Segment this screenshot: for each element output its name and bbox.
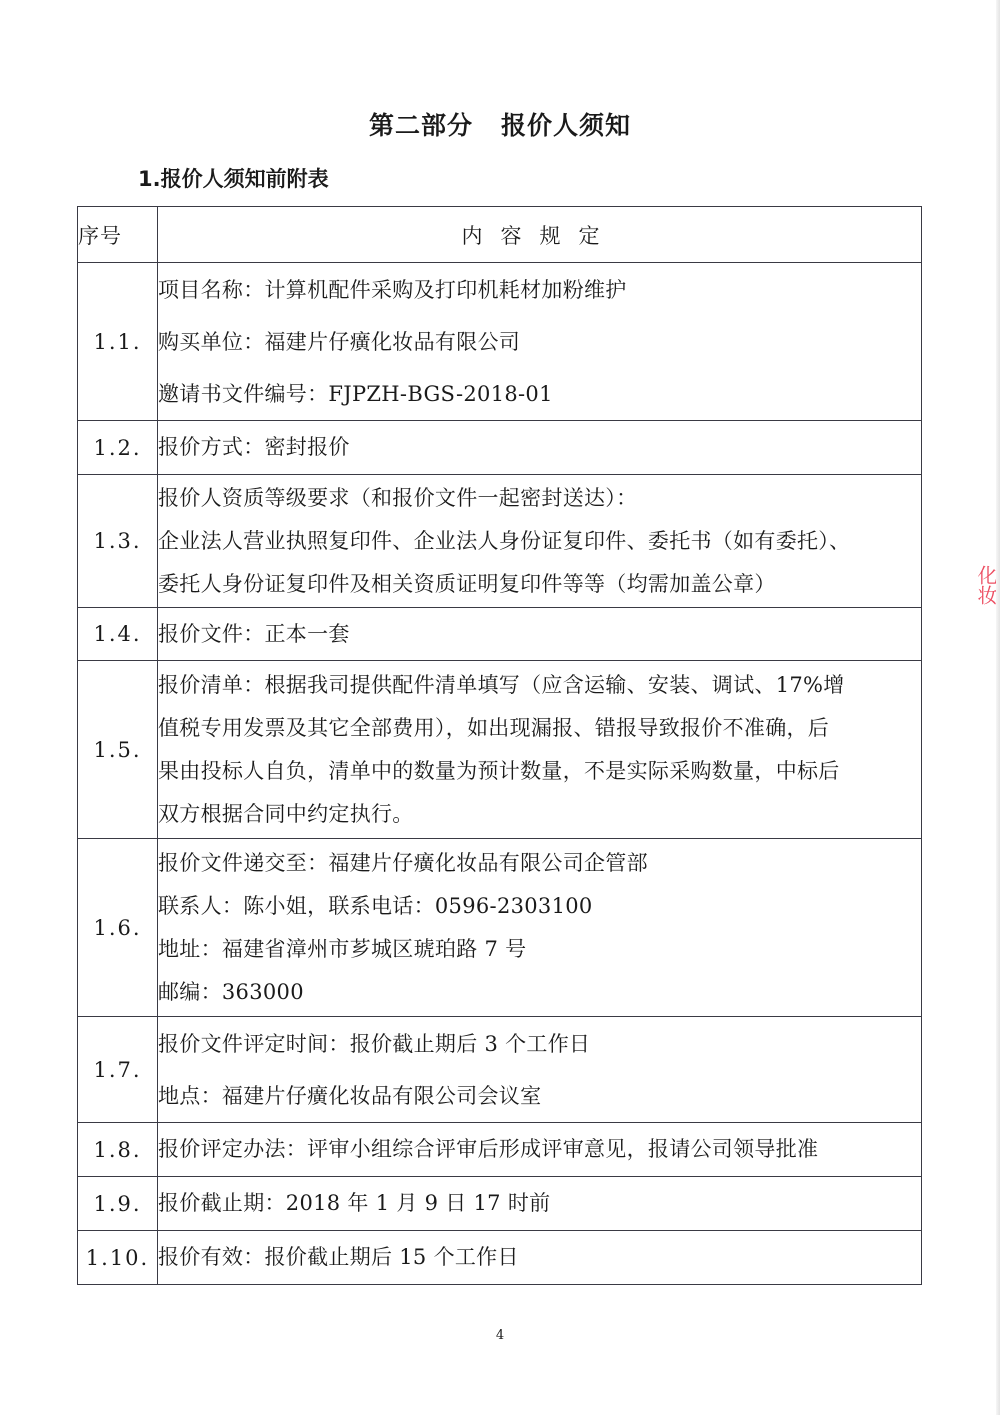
table-header-row: 序号 内容规定	[78, 207, 922, 263]
row-content: 报价人资质等级要求（和报价文件一起密封送达）： 企业法人营业执照复印件、企业法人…	[158, 475, 922, 608]
row-content: 报价有效：报价截止期后 15 个工作日	[158, 1231, 922, 1285]
table-row: 1.7. 报价文件评定时间：报价截止期后 3 个工作日 地点：福建片仔癀化妆品有…	[78, 1017, 922, 1123]
row-line: 报价人资质等级要求（和报价文件一起密封送达）：	[158, 477, 921, 520]
table-row: 1.1. 项目名称：计算机配件采购及打印机耗材加粉维护 购买单位：福建片仔癀化妆…	[78, 263, 922, 421]
row-number: 1.2.	[78, 421, 158, 475]
row-line: 地点：福建片仔癀化妆品有限公司会议室	[158, 1070, 921, 1122]
row-line: 委托人身份证复印件及相关资质证明复印件等等（均需加盖公章）	[158, 563, 921, 606]
row-line: 邮编：363000	[158, 971, 921, 1014]
row-line: 项目名称：计算机配件采购及打印机耗材加粉维护	[158, 264, 921, 316]
table-row: 1.9. 报价截止期：2018 年 1 月 9 日 17 时前	[78, 1177, 922, 1231]
row-number: 1.4.	[78, 608, 158, 661]
row-content: 报价文件评定时间：报价截止期后 3 个工作日 地点：福建片仔癀化妆品有限公司会议…	[158, 1017, 922, 1123]
row-content: 报价截止期：2018 年 1 月 9 日 17 时前	[158, 1177, 922, 1231]
row-content: 报价文件递交至：福建片仔癀化妆品有限公司企管部 联系人：陈小姐，联系电话：059…	[158, 839, 922, 1017]
row-content: 报价文件：正本一套	[158, 608, 922, 661]
row-line: 购买单位：福建片仔癀化妆品有限公司	[158, 316, 921, 368]
row-line: 双方根据合同中约定执行。	[158, 793, 921, 836]
row-content: 报价评定办法：评审小组综合评审后形成评审意见，报请公司领导批准	[158, 1123, 922, 1177]
table-row: 1.8. 报价评定办法：评审小组综合评审后形成评审意见，报请公司领导批准	[78, 1123, 922, 1177]
row-number: 1.6.	[78, 839, 158, 1017]
row-line: 报价方式：密封报价	[158, 426, 921, 469]
table-row: 1.2. 报价方式：密封报价	[78, 421, 922, 475]
row-line: 地址：福建省漳州市芗城区琥珀路 7 号	[158, 928, 921, 971]
page-edge-shadow	[996, 0, 1000, 1415]
row-line: 报价评定办法：评审小组综合评审后形成评审意见，报请公司领导批准	[158, 1128, 921, 1171]
red-seal-stamp: 化妆	[972, 565, 998, 637]
page-title-name: 报价人须知	[501, 111, 631, 140]
row-line: 企业法人营业执照复印件、企业法人身份证复印件、委托书（如有委托）、	[158, 520, 921, 563]
row-line: 报价文件递交至：福建片仔癀化妆品有限公司企管部	[158, 842, 921, 885]
row-number: 1.5.	[78, 661, 158, 839]
table-row: 1.4. 报价文件：正本一套	[78, 608, 922, 661]
row-line: 果由投标人自负，清单中的数量为预计数量，不是实际采购数量，中标后	[158, 750, 921, 793]
row-number: 1.1.	[78, 263, 158, 421]
row-line: 报价截止期：2018 年 1 月 9 日 17 时前	[158, 1182, 921, 1225]
row-line: 报价清单：根据我司提供配件清单填写（应含运输、安装、调试、17%增	[158, 664, 921, 707]
page-number: 4	[0, 1328, 1000, 1343]
row-line: 报价文件评定时间：报价截止期后 3 个工作日	[158, 1018, 921, 1070]
header-no: 序号	[78, 207, 158, 263]
row-content: 报价方式：密封报价	[158, 421, 922, 475]
row-line: 邀请书文件编号：FJPZH-BGS-2018-01	[158, 368, 921, 420]
page-title-part: 第二部分	[369, 111, 473, 140]
row-line: 联系人：陈小姐，联系电话：0596-2303100	[158, 885, 921, 928]
section-title: 1.报价人须知前附表	[138, 163, 329, 193]
table-row: 1.10. 报价有效：报价截止期后 15 个工作日	[78, 1231, 922, 1285]
row-number: 1.3.	[78, 475, 158, 608]
notice-appendix-table: 序号 内容规定 1.1. 项目名称：计算机配件采购及打印机耗材加粉维护 购买单位…	[77, 206, 922, 1285]
row-content: 项目名称：计算机配件采购及打印机耗材加粉维护 购买单位：福建片仔癀化妆品有限公司…	[158, 263, 922, 421]
table-row: 1.3. 报价人资质等级要求（和报价文件一起密封送达）： 企业法人营业执照复印件…	[78, 475, 922, 608]
header-content: 内容规定	[158, 207, 922, 263]
row-number: 1.10.	[78, 1231, 158, 1285]
row-number: 1.8.	[78, 1123, 158, 1177]
page-title: 第二部分报价人须知	[0, 106, 1000, 142]
row-line: 报价有效：报价截止期后 15 个工作日	[158, 1236, 921, 1279]
row-number: 1.9.	[78, 1177, 158, 1231]
row-line: 报价文件：正本一套	[158, 613, 921, 656]
row-number: 1.7.	[78, 1017, 158, 1123]
row-content: 报价清单：根据我司提供配件清单填写（应含运输、安装、调试、17%增 值税专用发票…	[158, 661, 922, 839]
row-line: 值税专用发票及其它全部费用），如出现漏报、错报导致报价不准确，后	[158, 707, 921, 750]
table-row: 1.5. 报价清单：根据我司提供配件清单填写（应含运输、安装、调试、17%增 值…	[78, 661, 922, 839]
table-row: 1.6. 报价文件递交至：福建片仔癀化妆品有限公司企管部 联系人：陈小姐，联系电…	[78, 839, 922, 1017]
